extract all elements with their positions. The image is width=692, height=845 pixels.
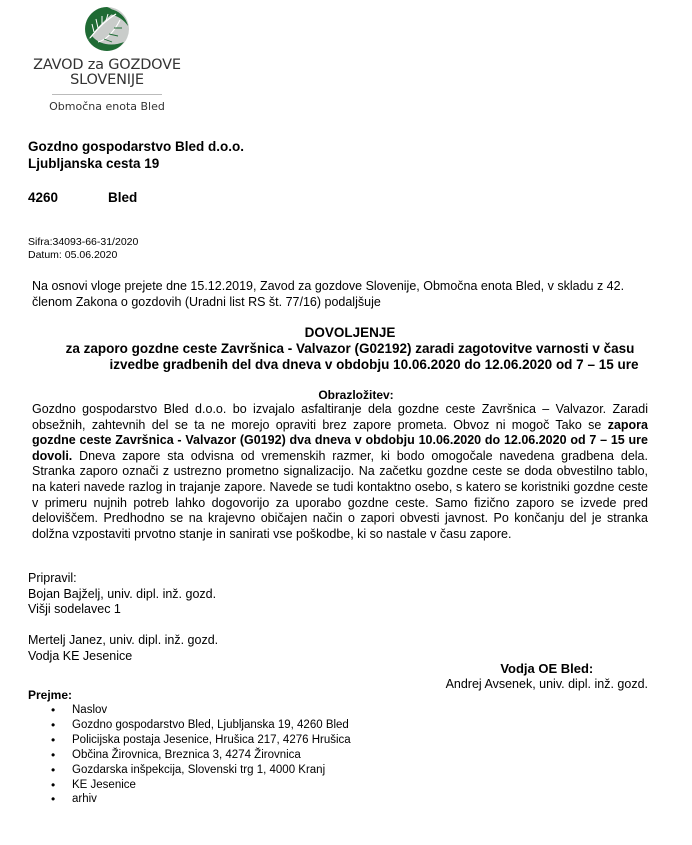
reasoning-text-part2: Dneva zapore sta odvisna od vremenskih r… [32, 449, 648, 541]
head-signature-title: Vodja OE Bled: [446, 661, 648, 677]
head-signature-block: Vodja OE Bled: Andrej Avsenek, univ. dip… [446, 661, 648, 692]
reasoning-heading: Obrazložitev: [0, 388, 692, 402]
recipient-address: Gozdno gospodarstvo Bled d.o.o. Ljubljan… [28, 138, 244, 206]
document-date: Datum: 05.06.2020 [28, 249, 138, 262]
distribution-item: Naslov [51, 703, 351, 718]
distribution-item: Gozdno gospodarstvo Bled, Ljubljanska 19… [51, 718, 351, 733]
recipient-city-line: 4260Bled [28, 189, 244, 206]
intro-paragraph: Na osnovi vloge prejete dne 15.12.2019, … [32, 279, 648, 310]
permit-subject-line2: izvedbe gradbenih del dva dneva v obdobj… [20, 357, 680, 373]
unit-head-role: Vodja KE Jesenice [28, 649, 218, 665]
distribution-list: Prejme: Naslov Gozdno gospodarstvo Bled,… [28, 688, 351, 807]
recipient-postcode: 4260 [28, 189, 108, 206]
recipient-name: Gozdno gospodarstvo Bled d.o.o. [28, 138, 244, 155]
prepared-by-label: Pripravil: [28, 571, 218, 587]
prepared-by-name: Bojan Bajželj, univ. dipl. inž. gozd. [28, 587, 218, 603]
distribution-heading: Prejme: [28, 688, 351, 703]
distribution-item: Gozdarska inšpekcija, Slovenski trg 1, 4… [51, 763, 351, 778]
organization-name-line2: SLOVENIJE [22, 73, 192, 88]
recipient-street: Ljubljanska cesta 19 [28, 155, 244, 172]
permit-subject-line1: za zaporo gozdne ceste Završnica - Valva… [20, 341, 680, 357]
prepared-by-block: Pripravil: Bojan Bajželj, univ. dipl. in… [28, 571, 218, 664]
distribution-item: arhiv [51, 792, 351, 807]
reasoning-text-part1: Gozdno gospodarstvo Bled d.o.o. bo izvaj… [32, 402, 648, 432]
reference-number: Sifra:34093-66-31/2020 [28, 236, 138, 249]
organization-name: ZAVOD za GOZDOVE SLOVENIJE [22, 58, 192, 88]
organization-unit: Območna enota Bled [22, 100, 192, 113]
recipient-city: Bled [108, 190, 137, 205]
leaf-globe-icon [84, 6, 130, 52]
organization-name-line1: ZAVOD za GOZDOVE [22, 58, 192, 73]
permit-title: DOVOLJENJE za zaporo gozdne ceste Završn… [20, 325, 680, 373]
distribution-item: Občina Žirovnica, Breznica 3, 4274 Žirov… [51, 748, 351, 763]
logo-divider [52, 94, 162, 95]
distribution-item: Policijska postaja Jesenice, Hrušica 217… [51, 733, 351, 748]
distribution-item: KE Jesenice [51, 778, 351, 793]
document-reference: Sifra:34093-66-31/2020 Datum: 05.06.2020 [28, 236, 138, 262]
head-signature-name: Andrej Avsenek, univ. dipl. inž. gozd. [446, 677, 648, 693]
prepared-by-role: Višji sodelavec 1 [28, 602, 218, 618]
reasoning-paragraph: Gozdno gospodarstvo Bled d.o.o. bo izvaj… [32, 402, 648, 542]
organization-logo: ZAVOD za GOZDOVE SLOVENIJE Območna enota… [22, 6, 192, 113]
permit-heading: DOVOLJENJE [20, 325, 680, 341]
unit-head-name: Mertelj Janez, univ. dipl. inž. gozd. [28, 633, 218, 649]
